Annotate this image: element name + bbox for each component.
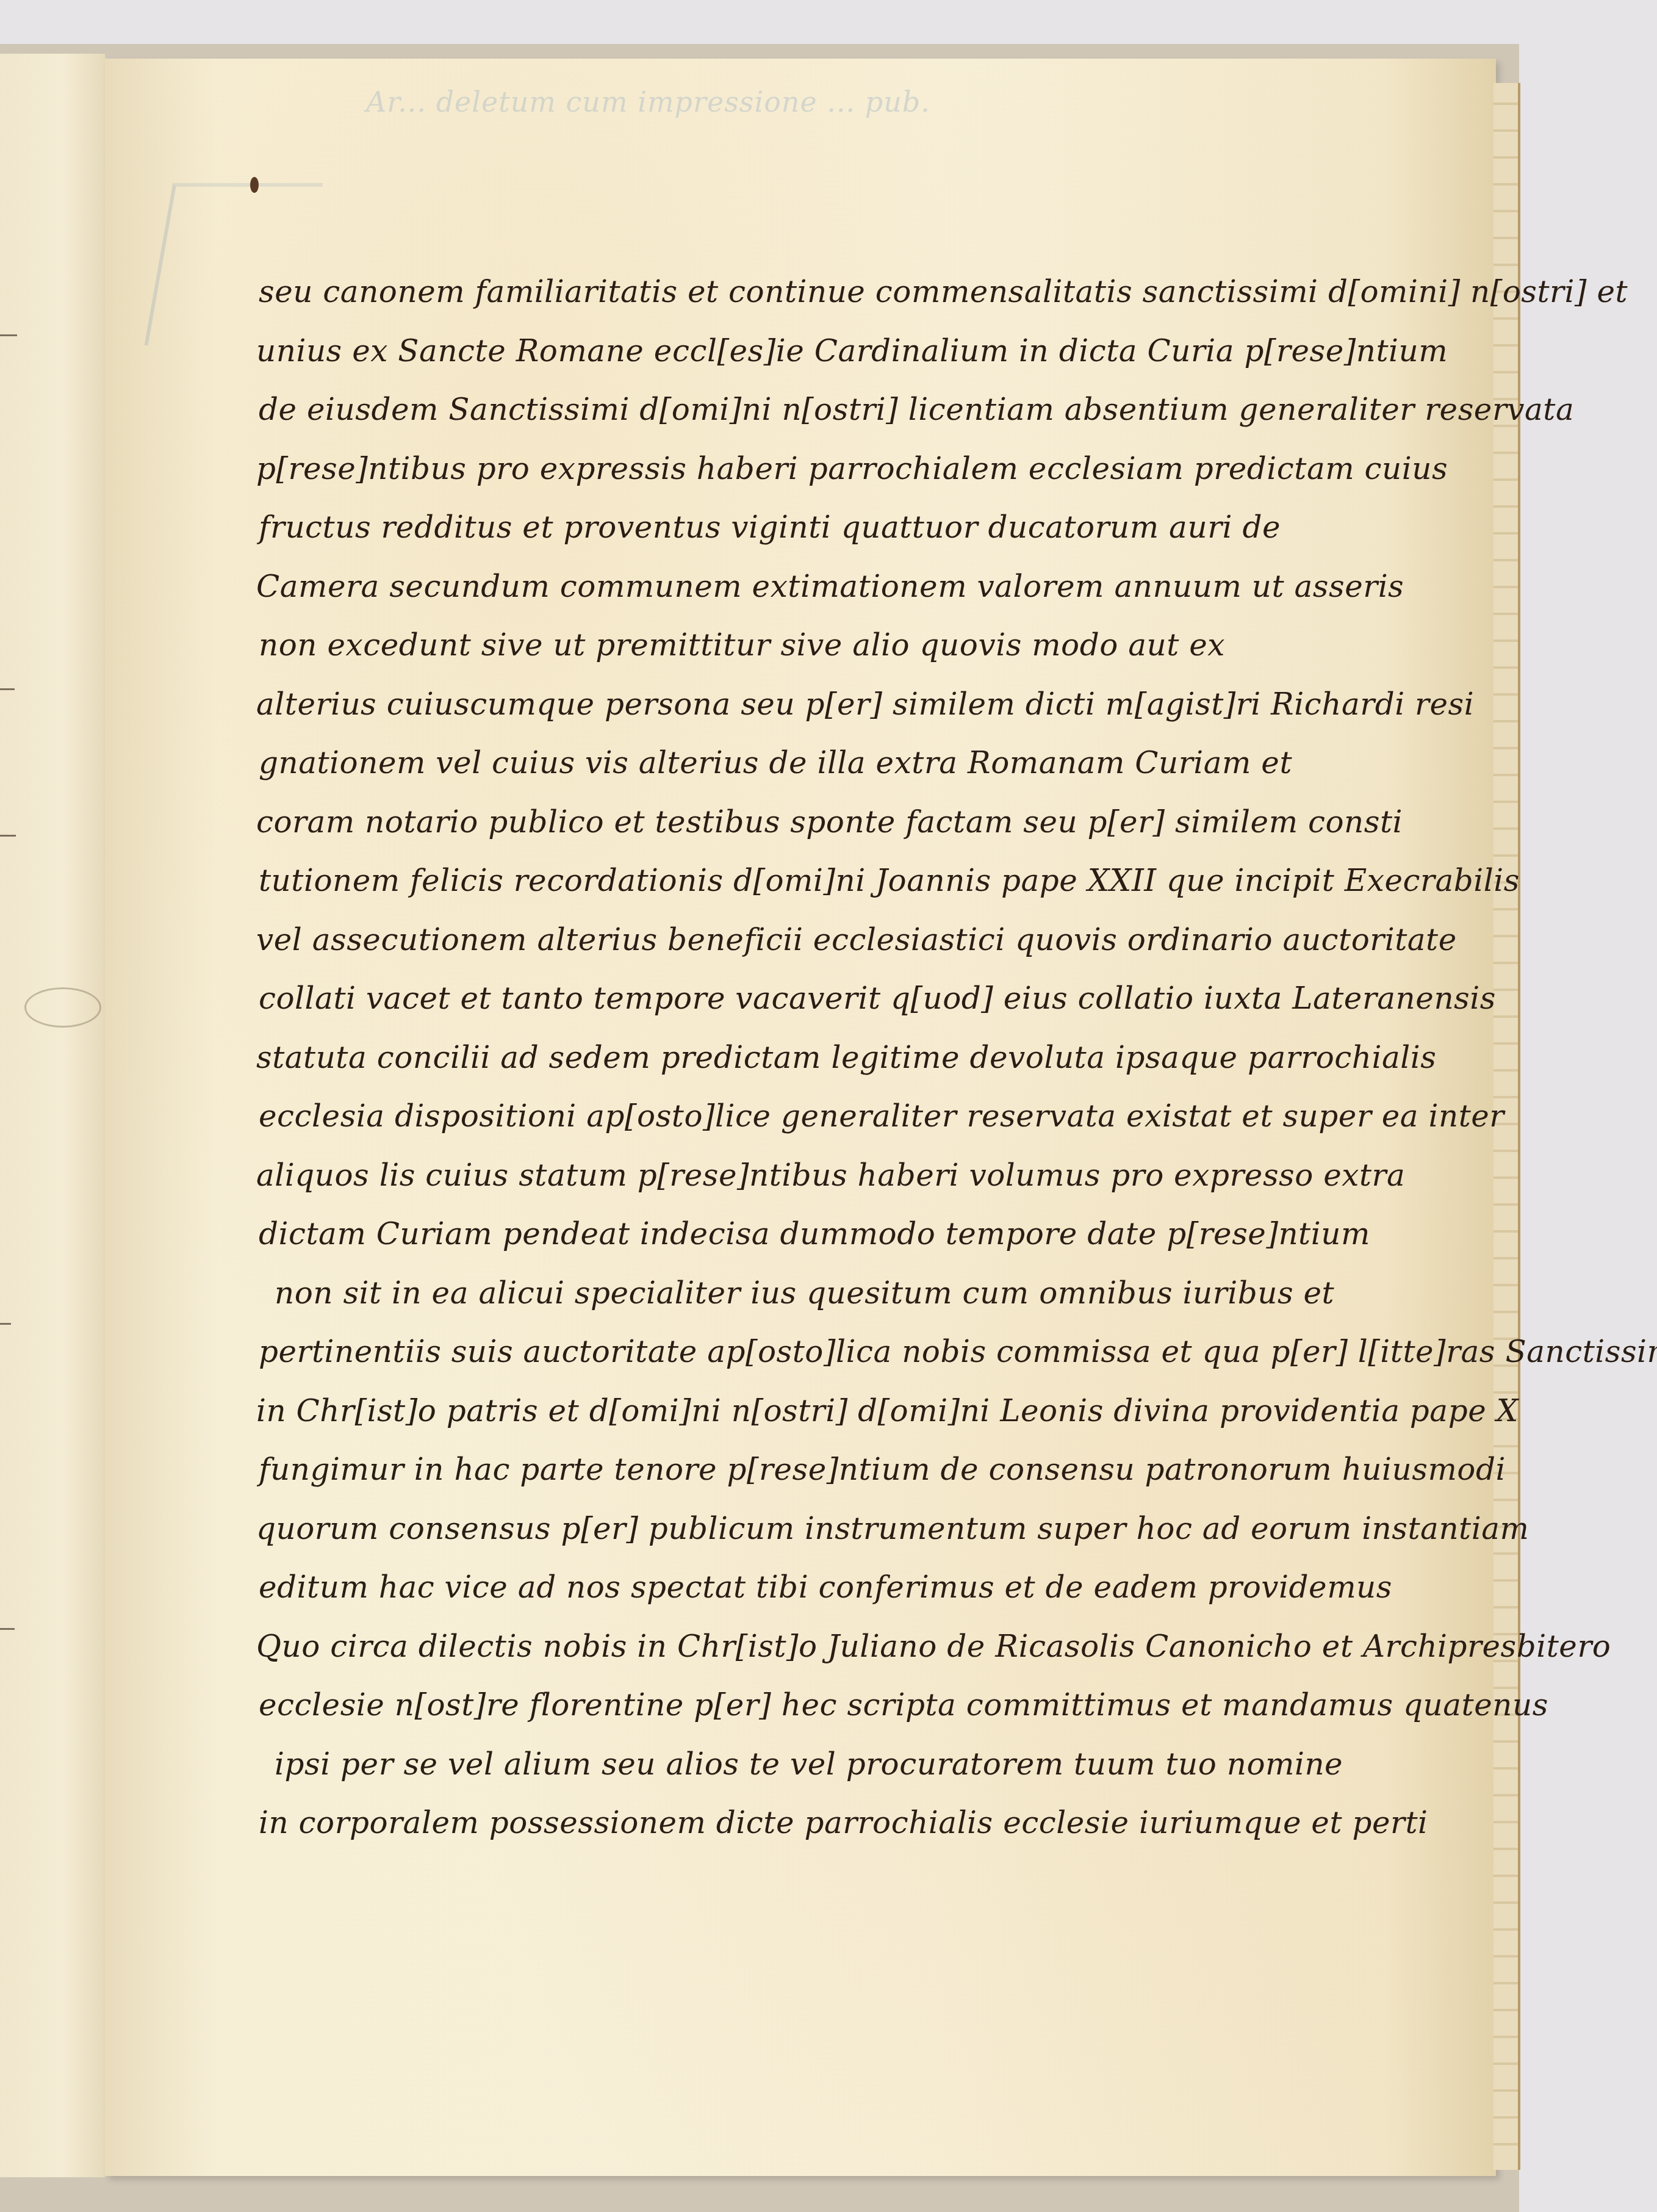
text-line: Camera secundum communem extimationem va… (256, 557, 1464, 616)
text-line: seu canonem familiaritatis et continue c… (256, 262, 1464, 322)
text-line: p[rese]ntibus pro expressis haberi parro… (256, 439, 1464, 499)
text-line: editum hac vice ad nos spectat tibi conf… (256, 1558, 1464, 1617)
text-line: fructus redditus et proventus viginti qu… (256, 498, 1464, 557)
manuscript-text: seu canonem familiaritatis et continue c… (256, 262, 1464, 1853)
text-line: coram notario publico et testibus sponte… (256, 793, 1464, 852)
text-line: dictam Curiam pendeat indecisa dummodo t… (256, 1205, 1464, 1264)
ink-mark (0, 688, 15, 690)
text-line: statuta concilii ad sedem predictam legi… (256, 1028, 1464, 1087)
text-line: ecclesia dispositioni ap[osto]lice gener… (256, 1087, 1464, 1146)
text-line: ipsi per se vel alium seu alios te vel p… (256, 1735, 1464, 1794)
text-line: unius ex Sancte Romane eccl[es]ie Cardin… (256, 322, 1464, 381)
text-line: quorum consensus p[er] publicum instrume… (256, 1499, 1464, 1558)
text-line: non sit in ea alicui specialiter ius que… (256, 1264, 1464, 1323)
text-line: pertinentiis suis auctoritate ap[osto]li… (256, 1322, 1464, 1382)
text-line: ecclesie n[ost]re florentine p[er] hec s… (256, 1676, 1464, 1735)
text-line: de eiusdem Sanctissimi d[omi]ni n[ostri]… (256, 380, 1464, 439)
ink-mark (0, 1323, 11, 1325)
text-line: non excedunt sive ut premittitur sive al… (256, 616, 1464, 675)
show-through-heading: Ar... deletum cum impressione ... pub. (366, 85, 930, 118)
text-line: collati vacet et tanto tempore vacaverit… (256, 969, 1464, 1028)
text-line: in Chr[ist]o patris et d[omi]ni n[ostri]… (256, 1382, 1464, 1441)
text-line: gnationem vel cuius vis alterius de illa… (256, 733, 1464, 793)
ink-mark (0, 1628, 15, 1630)
decorative-flourish (24, 987, 101, 1028)
text-line: alterius cuiuscumque persona seu p[er] s… (256, 675, 1464, 734)
text-line: vel assecutionem alterius beneficii eccl… (256, 910, 1464, 970)
text-line: Quo circa dilectis nobis in Chr[ist]o Ju… (256, 1617, 1464, 1676)
text-line: in corporalem possessionem dicte parroch… (256, 1793, 1464, 1853)
ink-blot (250, 177, 259, 193)
text-line: fungimur in hac parte tenore p[rese]ntiu… (256, 1440, 1464, 1499)
text-line: tutionem felicis recordationis d[omi]ni … (256, 851, 1464, 910)
ink-mark (0, 334, 17, 336)
text-line: aliquos lis cuius statum p[rese]ntibus h… (256, 1146, 1464, 1205)
left-page-edge (0, 54, 106, 2177)
ink-mark (0, 835, 16, 837)
